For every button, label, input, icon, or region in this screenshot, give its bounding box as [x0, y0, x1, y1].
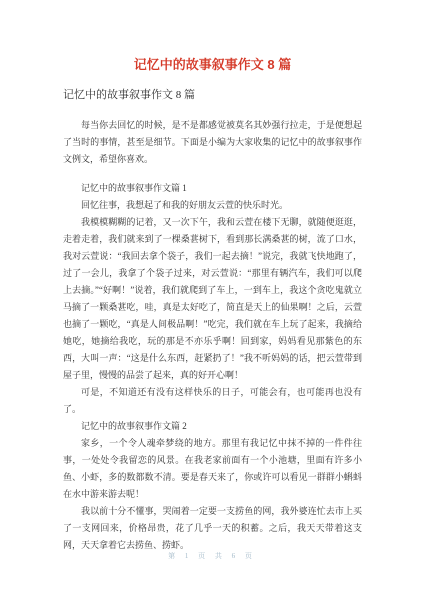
page-number-footer: 第 1 页 共 6 页 [0, 551, 424, 561]
section-2-paragraph: 我以前十分不懂事，哭闹着一定要一支捞鱼的网，我外婆连忙去市上买了一支网回来，价格… [63, 503, 362, 554]
section-1-paragraph: 我模模糊糊的记着，又一次下午，我和云萱在楼下无聊，就随便逛逛，走着走着，我们就来… [63, 214, 362, 384]
document-title: 记忆中的故事叙事作文 8 篇 [63, 56, 362, 74]
document-page: 记忆中的故事叙事作文 8 篇 记忆中的故事叙事作文 8 篇 每当你去回忆的时候，… [0, 0, 424, 554]
section-2-heading: 记忆中的故事叙事作文篇 2 [63, 418, 362, 435]
intro-paragraph: 每当你去回忆的时候，是不是都感觉被莫名其妙强行拉走，于是便想起了当时的事情，甚至… [63, 117, 362, 168]
section-1-paragraph: 可是，不知道还有没有这样快乐的日子，可能会有，也可能再也没有了。 [63, 384, 362, 418]
section-1-paragraph: 回忆往事，我想起了和我的好朋友云萱的快乐时光。 [63, 197, 362, 214]
section-1-heading: 记忆中的故事叙事作文篇 1 [63, 180, 362, 197]
section-2-paragraph: 家乡，一个令人魂牵梦绕的地方。那里有我记忆中抹不掉的一件件往事，一处处令我留恋的… [63, 435, 362, 503]
document-subtitle: 记忆中的故事叙事作文 8 篇 [63, 88, 362, 103]
